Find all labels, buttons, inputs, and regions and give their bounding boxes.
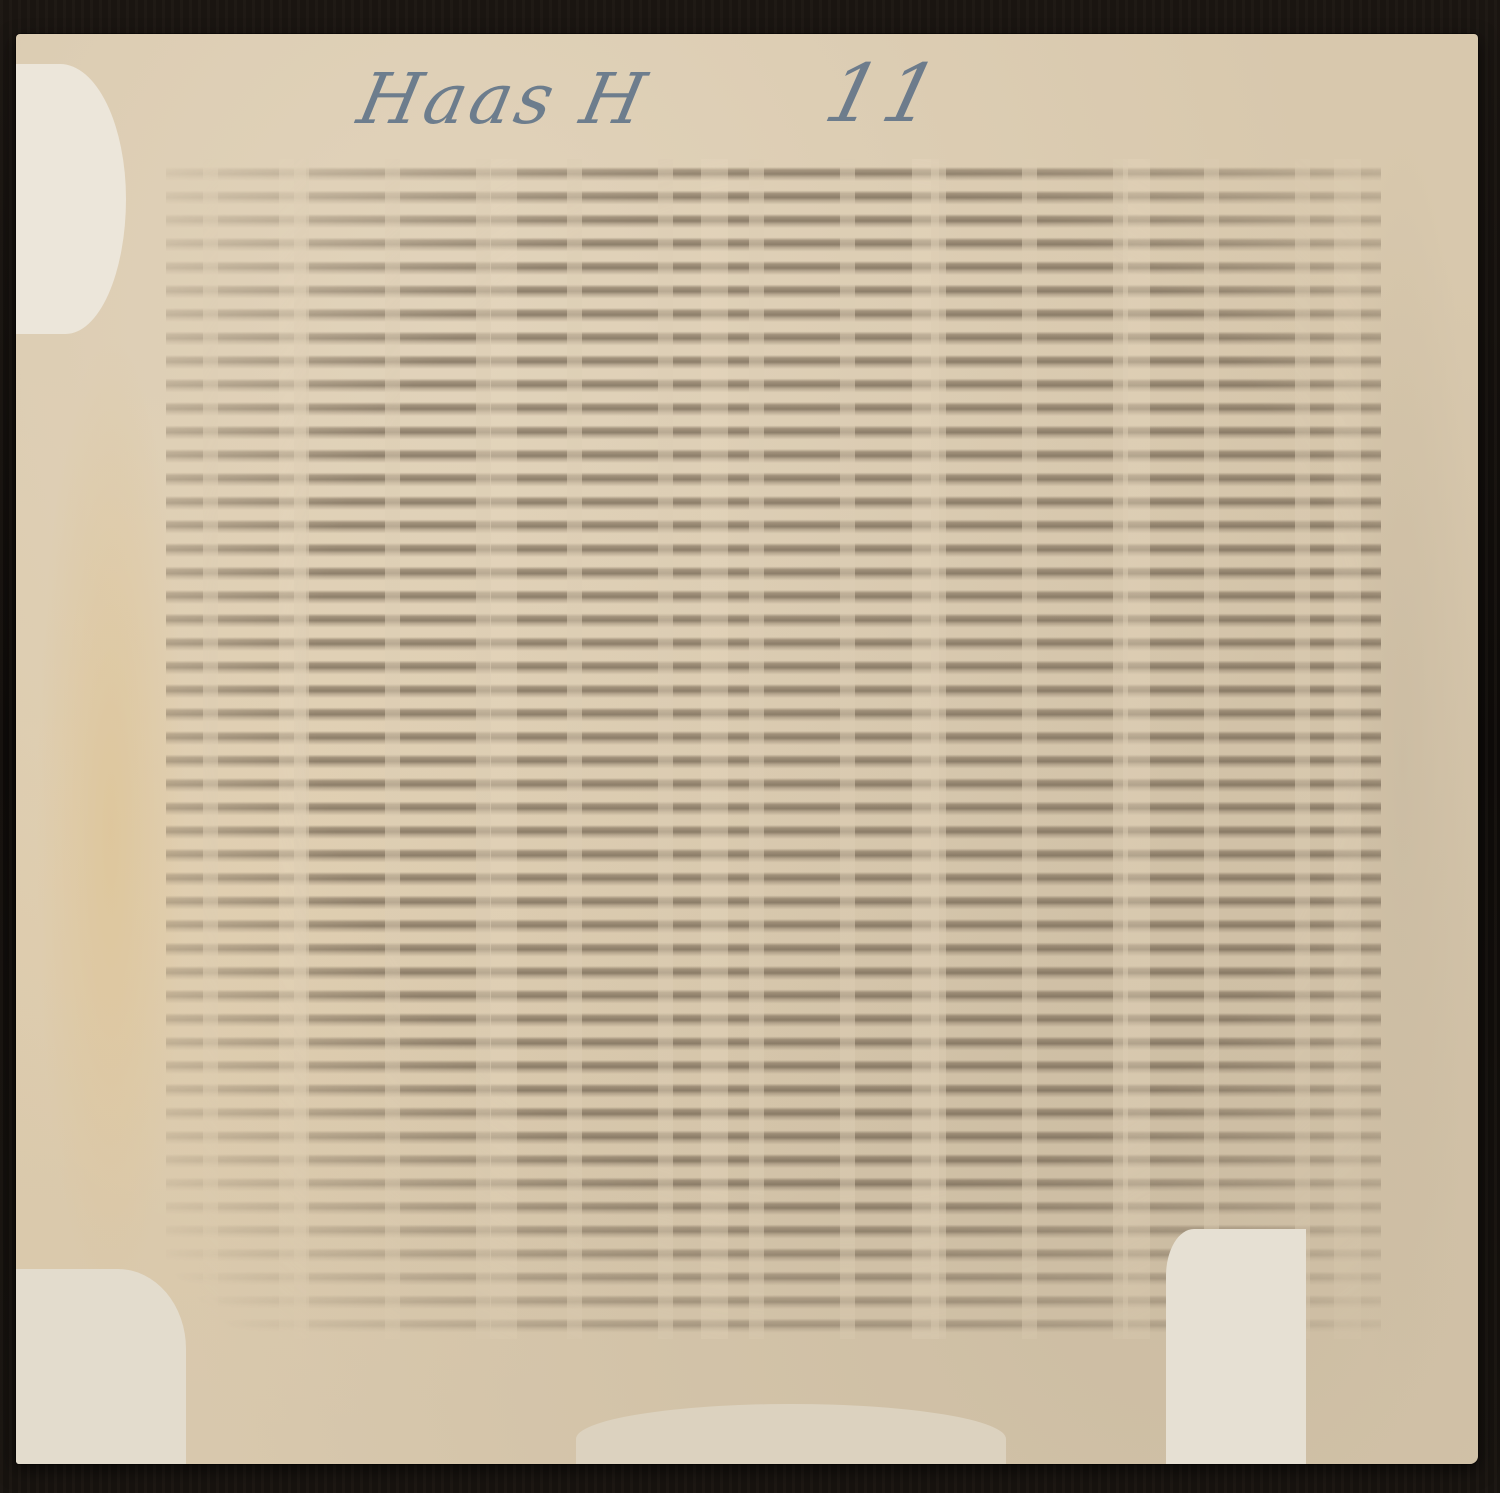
stone-tablet bbox=[16, 34, 1478, 1464]
chipped-corner-bottom-left bbox=[16, 1269, 186, 1464]
chipped-area-bottom-right bbox=[1166, 1229, 1306, 1464]
chipped-corner-top-left bbox=[16, 64, 126, 334]
sandy-edge-left bbox=[36, 334, 186, 1334]
inscription-number: 11 bbox=[816, 47, 953, 140]
ridged-texture bbox=[166, 159, 1381, 1339]
inscription-name: Haas H bbox=[351, 58, 656, 140]
pencil-inscription: Haas H 11 bbox=[360, 40, 1080, 140]
chipped-area-bottom-middle bbox=[576, 1404, 1006, 1464]
